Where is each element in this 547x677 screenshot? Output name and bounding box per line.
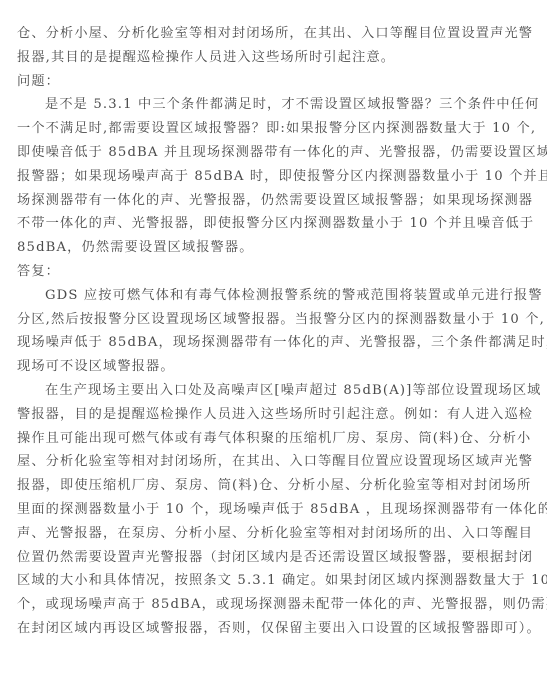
text-line: 报器，即使压缩机厂房、泵房、筒(料)仓、分析小屋、分析化验室等相对封闭场所 [17, 474, 529, 498]
answer-heading: 答复： [17, 260, 529, 284]
text-line: 现场可不设区域警报器。 [17, 355, 529, 379]
text-line: 仓、分析小屋、分析化验室等相对封闭场所，在其出、入口等醒目位置设置声光警 [17, 22, 529, 46]
text-line: 现场噪声低于 85dBA，现场探测器带有一体化的声、光警报器，三个条件都满足时， [17, 331, 529, 355]
text-line: 即使噪音低于 85dBA 并且现场探测器带有一体化的声、光警报器，仍需要设置区域 [17, 141, 529, 165]
text-line: 位置仍然需要设置声光警报器（封闭区域内是否还需设置区域报警器，要根据封闭 [17, 546, 529, 570]
text-line: GDS 应按可燃气体和有毒气体检测报警系统的警戒范围将装置或单元进行报警 [17, 284, 529, 308]
text-line: 分区,然后按报警分区设置现场区域警报器。当报警分区内的探测器数量小于 10 个, [17, 308, 529, 332]
text-line: 一个不满足时,都需要设置区域报警器？即:如果报警分区内探测器数量大于 10 个, [17, 117, 529, 141]
question-heading: 问题： [17, 70, 529, 94]
text-line: 在封闭区域内再设区域警报器，否则，仅保留主要出入口设置的区域报警器即可）。 [17, 617, 529, 641]
text-line: 个，或现场噪声高于 85dBA，或现场探测器未配带一体化的声、光警报器，则仍需要 [17, 593, 529, 617]
text-line: 声、光警报器，在泵房、分析小屋、分析化验室等相对封闭场所的出、入口等醒目 [17, 522, 529, 546]
text-line: 不带一体化的声、光警报器，即使报警分区内探测器数量小于 10 个并且噪音低于 [17, 212, 529, 236]
text-line: 警报器，目的是提醒巡检操作人员进入这些场所时引起注意。例如：有人进入巡检 [17, 403, 529, 427]
text-line: 屋、分析化验室等相对封闭场所，在其出、入口等醒目位置应设置现场区域声光警 [17, 450, 529, 474]
text-line: 报器,其目的是提醒巡检操作人员进入这些场所时引起注意。 [17, 46, 529, 70]
text-line: 操作且可能出现可燃气体或有毒气体积聚的压缩机厂房、泵房、筒(料)仓、分析小 [17, 427, 529, 451]
document-body: 仓、分析小屋、分析化验室等相对封闭场所，在其出、入口等醒目位置设置声光警 报器,… [17, 22, 529, 641]
text-line: 场探测器带有一体化的声、光警报器，仍然需要设置区域报警器；如果现场探测器 [17, 189, 529, 213]
text-line: 区域的大小和具体情况，按照条文 5.3.1 确定。如果封闭区域内探测器数量大于 … [17, 569, 529, 593]
text-line: 里面的探测器数量小于 10 个，现场噪声低于 85dBA ，且现场探测器带有一体… [17, 498, 529, 522]
text-line: 是不是 5.3.1 中三个条件都满足时，才不需设置区域报警器？三个条件中任何 [17, 93, 529, 117]
text-line: 在生产现场主要出入口处及高噪声区[噪声超过 85dB(A)]等部位设置现场区域 [17, 379, 529, 403]
text-line: 85dBA，仍然需要设置区域报警器。 [17, 236, 529, 260]
text-line: 报警器；如果现场噪声高于 85dBA 时，即使报警分区内探测器数量小于 10 个… [17, 165, 529, 189]
